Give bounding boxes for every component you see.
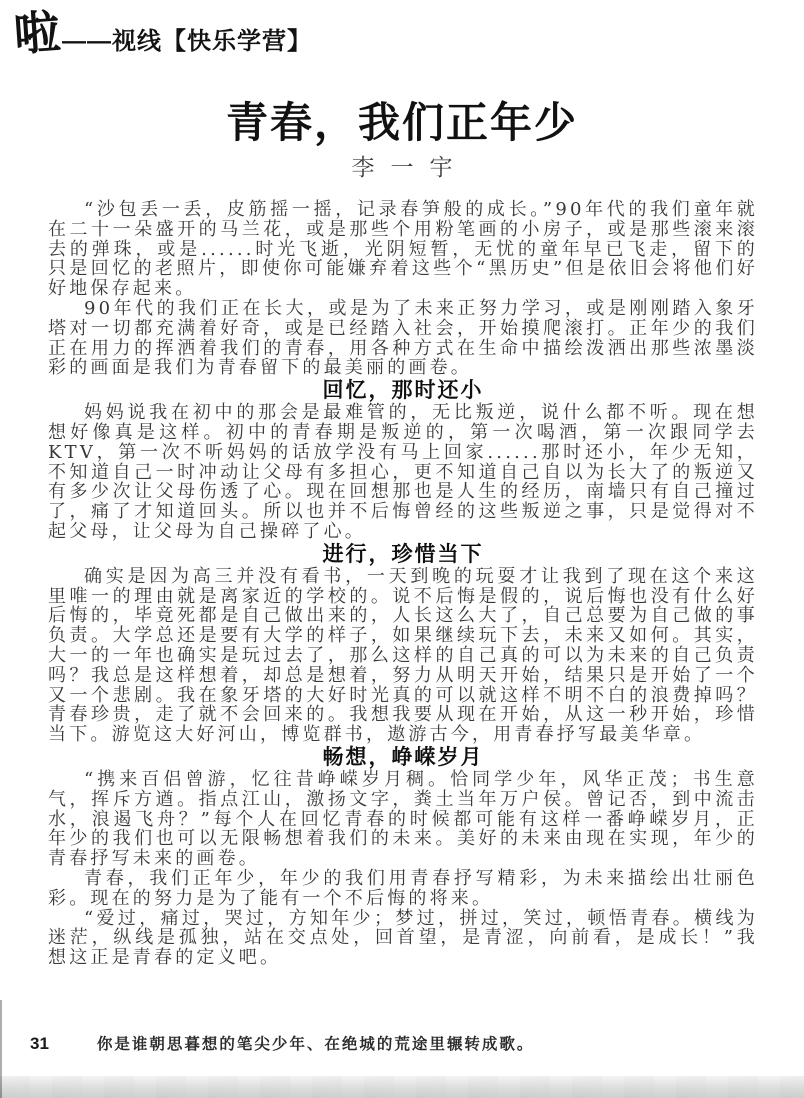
article-paragraph-future-2: 青春，我们正年少，年少的我们用青春抒写精彩，为未来描绘出壮丽色彩。现在的努力是为… — [48, 869, 758, 909]
section-heading-memories: 回忆，那时还小 — [48, 379, 758, 402]
masthead: 啦 ——视线【快乐学营】 — [14, 10, 312, 56]
article-paragraph-closing: “爱过，痛过，哭过，方知年少；梦过，拼过，笑过，顿悟青春。横线为迷茫，纵线是孤独… — [48, 909, 758, 968]
masthead-column-title: ——视线【快乐学营】 — [62, 21, 312, 56]
article-paragraph-intro-2: 90年代的我们正在长大，或是为了未来正努力学习，或是刚刚踏入象牙塔对一切都充满着… — [48, 299, 758, 378]
article-paragraph-intro-1: “沙包丢一丢，皮筋摇一摇，记录春笋般的成长。”90年代的我们童年就在二十一朵盛开… — [48, 200, 758, 299]
magazine-page: 啦 ——视线【快乐学营】 青春，我们正年少 李一宇 “沙包丢一丢，皮筋摇一摇，记… — [0, 0, 804, 1098]
article-paragraph-memories: 妈妈说我在初中的那会是最难管的，无比叛逆，说什么都不听。现在想想好像真是这样。初… — [48, 403, 758, 542]
scan-artifact-bottom-band — [0, 1076, 804, 1098]
article-author: 李一宇 — [0, 149, 804, 182]
page-number: 31 — [30, 1034, 49, 1054]
article-body: “沙包丢一丢，皮筋摇一摇，记录春笋般的成长。”90年代的我们童年就在二十一朵盛开… — [48, 200, 758, 968]
section-heading-present: 进行，珍惜当下 — [48, 543, 758, 566]
footer-quote: 你是谁朝思暮想的笔尖少年、在绝城的荒途里辗转成歌。 — [97, 1032, 535, 1054]
page-footer: 31 你是谁朝思暮想的笔尖少年、在绝城的荒途里辗转成歌。 — [0, 1032, 804, 1054]
article-paragraph-present: 确实是因为高三并没有看书，一天到晚的玩耍才让我到了现在这个来这里唯一的理由就是离… — [48, 567, 758, 745]
masthead-script-character: 啦 — [12, 8, 61, 57]
section-heading-future: 畅想，峥嵘岁月 — [48, 746, 758, 769]
article-paragraph-future-1: “携来百侣曾游，忆往昔峥嵘岁月稠。恰同学少年，风华正茂；书生意气，挥斥方遒。指点… — [48, 770, 758, 869]
